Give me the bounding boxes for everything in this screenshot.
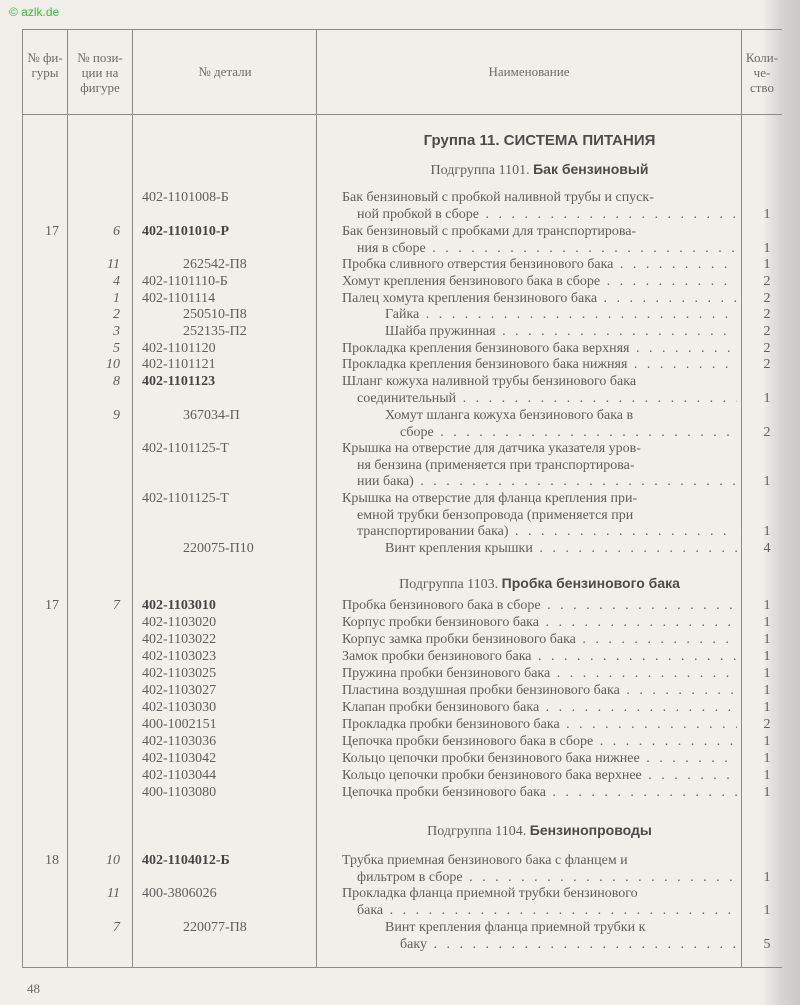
subgroup-title: Подгруппа 1101. Бак бензиновый — [342, 161, 737, 179]
part-name: Бак бензиновый с пробкой наливной трубы … — [342, 190, 737, 205]
quantity: 1 — [759, 474, 775, 489]
quantity: 1 — [759, 700, 775, 715]
part-name: Хомут шланга кожуха бензинового бака в — [385, 408, 737, 423]
quantity: 5 — [759, 937, 775, 952]
part-number: 367034-П — [183, 408, 240, 423]
part-name: емной трубки бензопровода (применяется п… — [357, 508, 737, 523]
col-divider — [316, 29, 317, 967]
quantity: 2 — [759, 717, 775, 732]
part-name: бака — [357, 903, 737, 918]
part-name: ния в сборе — [357, 241, 737, 256]
quantity: 2 — [759, 291, 775, 306]
part-name: Бак бензиновый с пробками для транспорти… — [342, 224, 737, 239]
part-number: 400-1002151 — [142, 717, 217, 732]
part-number: 402-1103022 — [142, 632, 216, 647]
part-name: Цепочка пробки бензинового бака — [342, 785, 737, 800]
part-number: 402-1101121 — [142, 357, 216, 372]
quantity: 1 — [759, 257, 775, 272]
part-number: 402-1103036 — [142, 734, 216, 749]
part-name: Хомут крепления бензинового бака в сборе — [342, 274, 737, 289]
part-name: Винт крепления фланца приемной трубки к — [385, 920, 737, 935]
part-number: 402-1101125-Т — [142, 441, 229, 456]
position-number: 1 — [96, 291, 120, 306]
part-name: Корпус пробки бензинового бака — [342, 615, 737, 630]
figure-number: 18 — [37, 853, 67, 868]
page-number: 48 — [27, 981, 40, 997]
part-number: 252135-П2 — [183, 324, 247, 339]
quantity: 2 — [759, 324, 775, 339]
part-number: 220075-П10 — [183, 541, 254, 556]
quantity: 1 — [759, 785, 775, 800]
quantity: 2 — [759, 307, 775, 322]
position-number: 8 — [96, 374, 120, 389]
col-divider — [132, 29, 133, 967]
header-part-no: № детали — [134, 64, 316, 79]
part-name: Прокладка крепления бензинового бака вер… — [342, 341, 737, 356]
quantity: 2 — [759, 425, 775, 440]
header-pos-no: № пози- ции на фигуре — [69, 50, 131, 95]
part-number: 402-1103023 — [142, 649, 216, 664]
part-name: Винт крепления крышки — [385, 541, 737, 556]
part-name: Пробка сливного отверстия бензинового ба… — [342, 257, 737, 272]
quantity: 1 — [759, 524, 775, 539]
part-name: Крышка на отверстие для датчика указател… — [342, 441, 737, 456]
part-number: 402-1101008-Б — [142, 190, 229, 205]
part-name: соединительный — [357, 391, 737, 406]
position-number: 10 — [96, 853, 120, 868]
part-number: 402-1101123 — [142, 374, 215, 389]
position-number: 9 — [96, 408, 120, 423]
page-edge-shadow — [764, 0, 800, 1005]
part-number: 402-1103010 — [142, 598, 216, 613]
part-number: 402-1103025 — [142, 666, 216, 681]
part-number: 220077-П8 — [183, 920, 247, 935]
quantity: 1 — [759, 903, 775, 918]
part-name: Гайка — [385, 307, 737, 322]
quantity: 1 — [759, 751, 775, 766]
col-divider — [741, 29, 742, 967]
figure-number: 17 — [37, 224, 67, 239]
quantity: 4 — [759, 541, 775, 556]
subgroup-title: Подгруппа 1103. Пробка бензинового бака — [342, 575, 737, 593]
watermark: © azlk.de — [9, 5, 59, 19]
header-fig-no: № фи- гуры — [24, 50, 66, 80]
quantity: 2 — [759, 357, 775, 372]
position-number: 11 — [96, 886, 120, 901]
position-number: 3 — [96, 324, 120, 339]
part-name: Пробка бензинового бака в сборе — [342, 598, 737, 613]
quantity: 2 — [759, 274, 775, 289]
position-number: 4 — [96, 274, 120, 289]
header-name: Наименование — [318, 64, 740, 79]
part-number: 402-1101110-Б — [142, 274, 228, 289]
part-name: Кольцо цепочки пробки бензинового бака в… — [342, 768, 737, 783]
part-name: ной пробкой в сборе — [357, 207, 737, 222]
quantity: 1 — [759, 241, 775, 256]
part-name: нии бака) — [357, 474, 737, 489]
part-number: 400-1103080 — [142, 785, 216, 800]
part-name: Шайба пружинная — [385, 324, 737, 339]
part-name: ня бензина (применяется при транспортиро… — [357, 458, 737, 473]
part-name: Кольцо цепочки пробки бензинового бака н… — [342, 751, 737, 766]
part-name: Палец хомута крепления бензинового бака — [342, 291, 737, 306]
quantity: 1 — [759, 615, 775, 630]
part-name: Корпус замка пробки бензинового бака — [342, 632, 737, 647]
col-divider — [67, 29, 68, 967]
part-name: Крышка на отверстие для фланца крепления… — [342, 491, 737, 506]
part-number: 402-1104012-Б — [142, 853, 230, 868]
quantity: 1 — [759, 207, 775, 222]
quantity: 1 — [759, 649, 775, 664]
quantity: 1 — [759, 734, 775, 749]
part-number: 250510-П8 — [183, 307, 247, 322]
part-name: Прокладка фланца приемной трубки бензино… — [342, 886, 737, 901]
part-number: 402-1103027 — [142, 683, 216, 698]
part-name: сборе — [400, 425, 737, 440]
part-name: Прокладка крепления бензинового бака ниж… — [342, 357, 737, 372]
part-name: фильтром в сборе — [357, 870, 737, 885]
subgroup-title: Подгруппа 1104. Бензинопроводы — [342, 822, 737, 840]
part-number: 400-3806026 — [142, 886, 217, 901]
quantity: 1 — [759, 683, 775, 698]
position-number: 7 — [96, 598, 120, 613]
part-name: транспортировании бака) — [357, 524, 737, 539]
part-number: 402-1101010-Р — [142, 224, 229, 239]
position-number: 6 — [96, 224, 120, 239]
part-number: 402-1101120 — [142, 341, 216, 356]
part-number: 402-1103030 — [142, 700, 216, 715]
quantity: 1 — [759, 666, 775, 681]
quantity: 1 — [759, 870, 775, 885]
table-bottom-border — [22, 967, 782, 968]
part-name: Трубка приемная бензинового бака с фланц… — [342, 853, 737, 868]
header-qty: Коли- че- ство — [742, 50, 782, 95]
part-name: баку — [400, 937, 737, 952]
position-number: 5 — [96, 341, 120, 356]
part-number: 402-1103042 — [142, 751, 216, 766]
part-name: Цепочка пробки бензинового бака в сборе — [342, 734, 737, 749]
header-bottom-border — [22, 114, 782, 115]
col-divider — [22, 29, 23, 967]
quantity: 1 — [759, 632, 775, 647]
part-number: 402-1103020 — [142, 615, 216, 630]
part-number: 402-1101125-Т — [142, 491, 229, 506]
part-name: Пластина воздушная пробки бензинового ба… — [342, 683, 737, 698]
position-number: 2 — [96, 307, 120, 322]
part-name: Замок пробки бензинового бака — [342, 649, 737, 664]
position-number: 7 — [96, 920, 120, 935]
quantity: 2 — [759, 341, 775, 356]
part-name: Прокладка пробки бензинового бака — [342, 717, 737, 732]
part-number: 262542-П8 — [183, 257, 247, 272]
part-number: 402-1101114 — [142, 291, 215, 306]
figure-number: 17 — [37, 598, 67, 613]
part-name: Шланг кожуха наливной трубы бензинового … — [342, 374, 737, 389]
part-name: Пружина пробки бензинового бака — [342, 666, 737, 681]
quantity: 1 — [759, 598, 775, 613]
quantity: 1 — [759, 768, 775, 783]
table-top-border — [22, 29, 782, 30]
group-title: Группа 11. СИСТЕМА ПИТАНИЯ — [342, 132, 737, 149]
part-name: Клапан пробки бензинового бака — [342, 700, 737, 715]
position-number: 11 — [96, 257, 120, 272]
position-number: 10 — [96, 357, 120, 372]
quantity: 1 — [759, 391, 775, 406]
part-number: 402-1103044 — [142, 768, 216, 783]
